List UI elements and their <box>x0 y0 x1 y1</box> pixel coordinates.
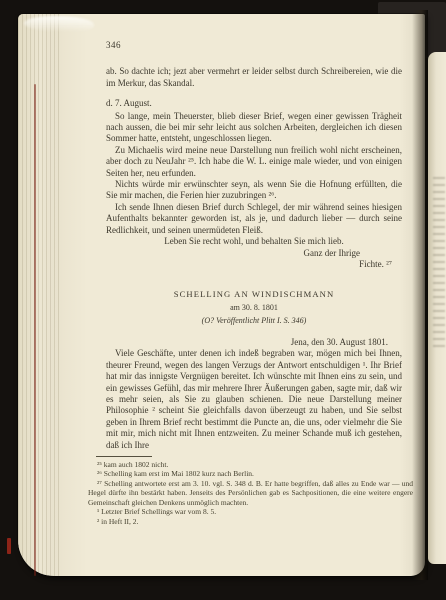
photo-background: 346 ab. So dachte ich; jezt aber vermehr… <box>0 0 446 600</box>
letter-heading-date: am 30. 8. 1801 <box>106 302 402 313</box>
page-content: 346 ab. So dachte ich; jezt aber vermehr… <box>106 40 402 526</box>
footnote: ²⁶ Schelling kam erst im Mai 1802 kurz n… <box>88 469 413 479</box>
page-edge-stack <box>18 14 60 576</box>
footnote: ¹ Letzter Brief Schellings war vom 8. 5. <box>88 507 413 517</box>
footnote: ² in Heft II, 2. <box>88 517 413 527</box>
letter-closing: Ganz der Ihrige <box>106 248 402 259</box>
facing-page-text-showthrough <box>433 177 445 347</box>
book-gutter <box>412 10 428 580</box>
letter-signature: Fichte. ²⁷ <box>106 259 402 270</box>
paragraph: Zu Michaelis wird meine neue Darstellung… <box>106 145 402 179</box>
letter-heading-title: SCHELLING AN WINDISCHMANN <box>106 289 402 300</box>
footnote: ²⁵ kam auch 1802 nicht. <box>88 460 413 470</box>
page-corner-highlight <box>24 16 94 32</box>
letter-heading-source: (O? Veröffentlicht Plitt I. S. 346) <box>106 315 402 326</box>
letter-heading: SCHELLING AN WINDISCHMANN am 30. 8. 1801… <box>106 289 402 326</box>
cover-edge-line <box>34 84 36 576</box>
cover-red-corner <box>7 538 11 554</box>
page-number: 346 <box>106 40 402 51</box>
paragraph: Ich sende Ihnen diesen Brief durch Schle… <box>106 202 402 236</box>
letter-date-heading: d. 7. August. <box>106 98 402 109</box>
paragraph-continuation: ab. So dachte ich; jezt aber vermehrt er… <box>106 66 402 89</box>
facing-page-sliver <box>428 52 446 564</box>
paragraph: Viele Geschäfte, unter denen ich indeß b… <box>106 348 402 451</box>
letter-dateline: Jena, den 30. August 1801. <box>106 337 402 348</box>
footnote: ²⁷ Schelling antwortete erst am 3. 10. v… <box>88 479 413 508</box>
footnotes-section: ²⁵ kam auch 1802 nicht. ²⁶ Schelling kam… <box>88 456 413 526</box>
letter-valediction: Leben Sie recht wohl, und behalten Sie m… <box>106 236 402 247</box>
paragraph: So lange, mein Theuerster, blieb dieser … <box>106 111 402 145</box>
paragraph: Nichts würde mir erwünschter seyn, als w… <box>106 179 402 202</box>
book-page: 346 ab. So dachte ich; jezt aber vermehr… <box>18 14 425 576</box>
footnote-rule <box>96 456 152 457</box>
